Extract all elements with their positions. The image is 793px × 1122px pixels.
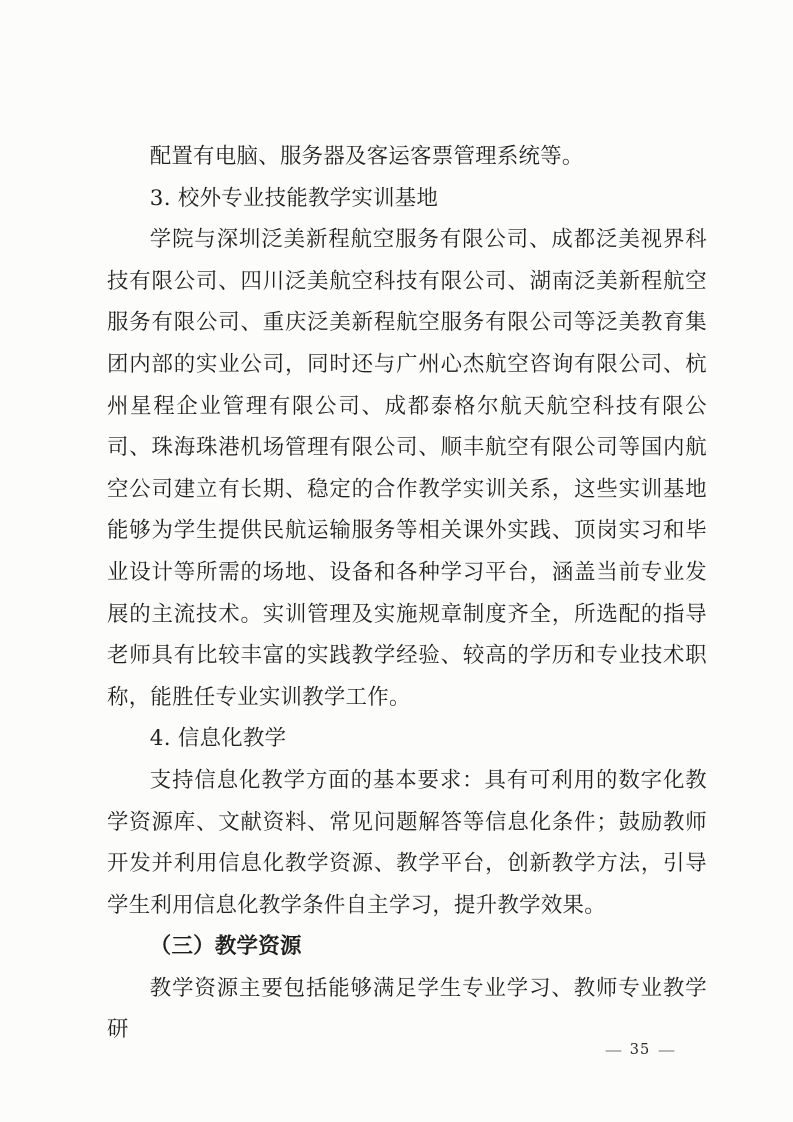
- paragraph-cooperation-training-bases: 学院与深圳泛美新程航空服务有限公司、成都泛美视界科技有限公司、四川泛美航空科技有…: [107, 219, 707, 718]
- page-footer: — 35 —: [600, 1042, 680, 1058]
- heading-section-3-teaching-resources: （三）教学资源: [107, 926, 707, 968]
- page-number: 35: [630, 1042, 650, 1058]
- document-page: 配置有电脑、服务器及客运客票管理系统等。 3. 校外专业技能教学实训基地 学院与…: [0, 0, 793, 1122]
- subheading-4-informatized-teaching: 4. 信息化教学: [107, 718, 707, 760]
- footer-dash-right: —: [658, 1043, 675, 1058]
- footer-dash-left: —: [605, 1043, 622, 1058]
- paragraph-teaching-resources-intro: 教学资源主要包括能够满足学生专业学习、教师专业教学研: [107, 968, 707, 1051]
- paragraph-informatized-teaching: 支持信息化教学方面的基本要求：具有可利用的数字化教学资源库、文献资料、常见问题解…: [107, 760, 707, 926]
- page-body: 配置有电脑、服务器及客运客票管理系统等。 3. 校外专业技能教学实训基地 学院与…: [107, 136, 707, 1051]
- subheading-3-offcampus-training-bases: 3. 校外专业技能教学实训基地: [107, 178, 707, 220]
- paragraph-equipment-systems: 配置有电脑、服务器及客运客票管理系统等。: [107, 136, 707, 178]
